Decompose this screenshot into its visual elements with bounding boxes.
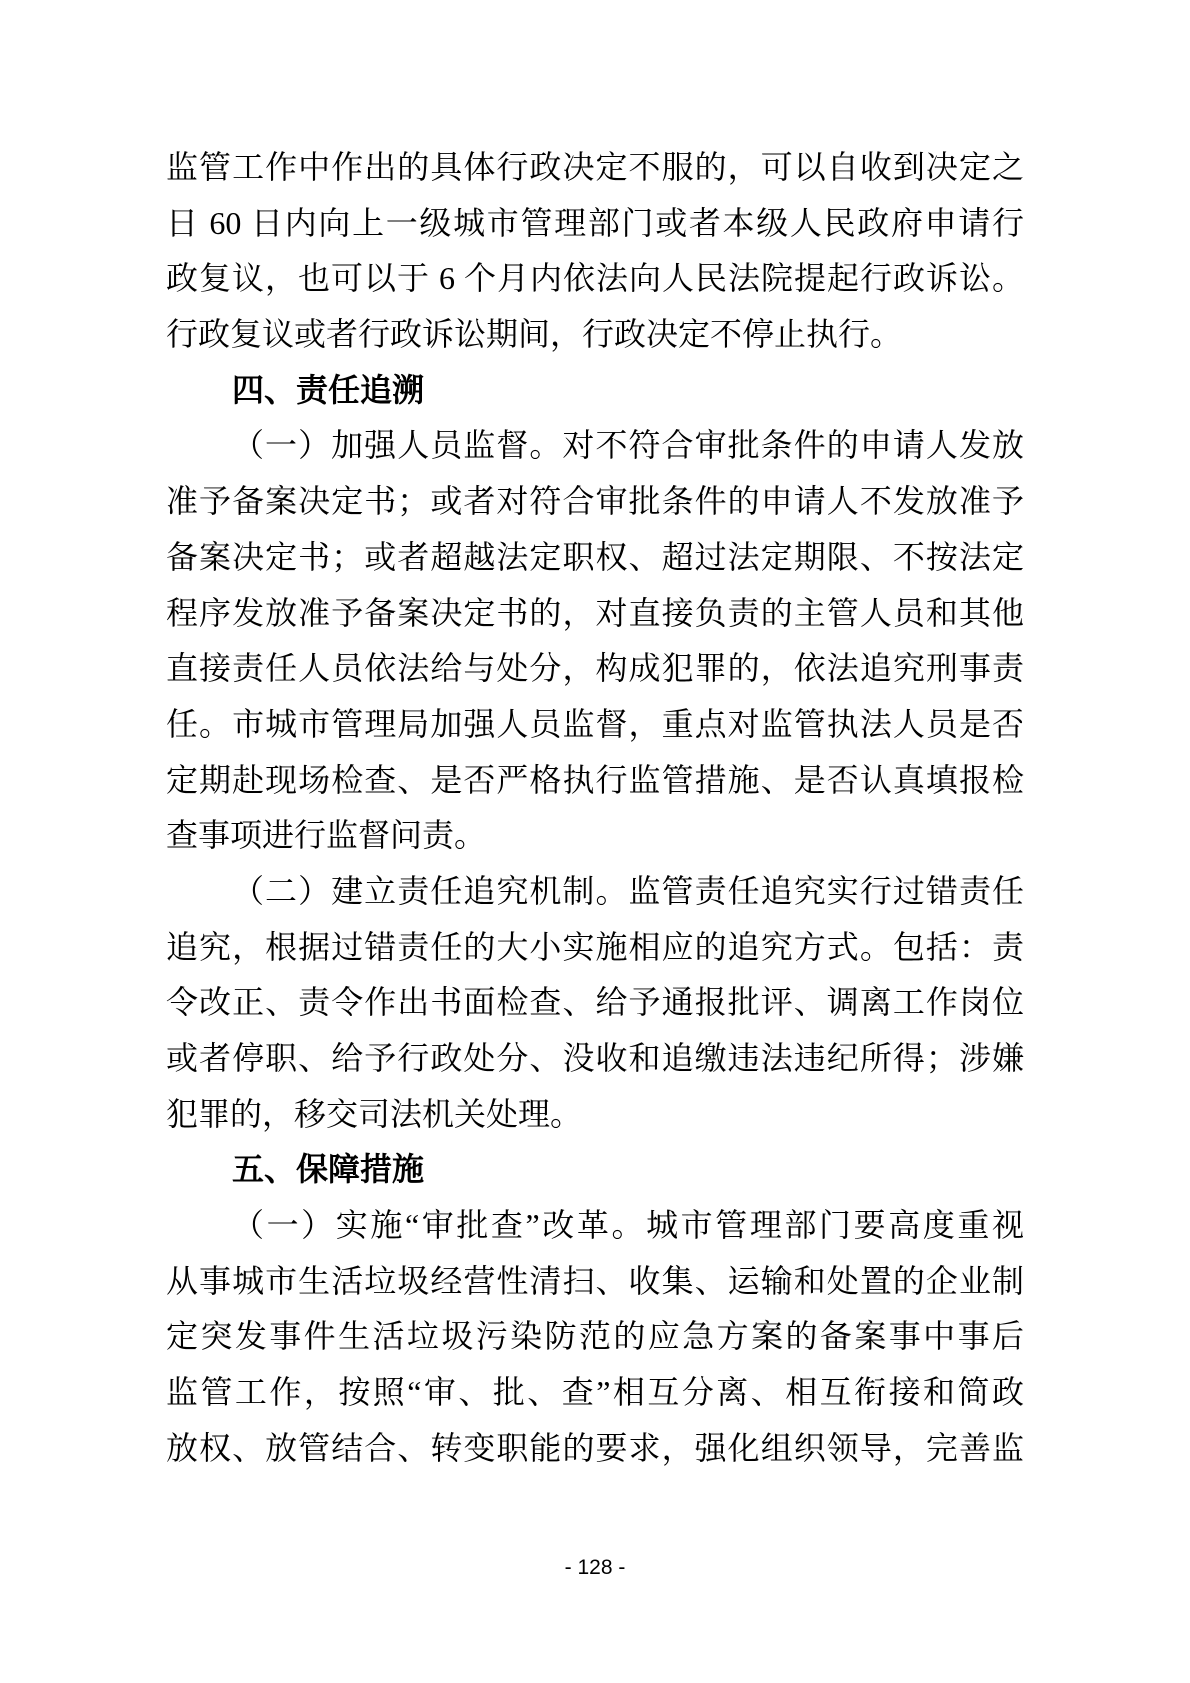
text-line: 放权、放管结合、转变职能的要求，强化组织领导，完善监	[166, 1421, 1024, 1477]
page-number: - 128 -	[0, 1556, 1190, 1580]
text-line: 日 60 日内向上一级城市管理部门或者本级人民政府申请行	[166, 196, 1024, 252]
text-line: 直接责任人员依法给与处分，构成犯罪的，依法追究刑事责	[166, 641, 1024, 697]
text-line: 监管工作中作出的具体行政决定不服的，可以自收到决定之	[166, 140, 1024, 196]
text-line: 或者停职、给予行政处分、没收和追缴违法违纪所得；涉嫌	[166, 1031, 1024, 1087]
text-line: 监管工作，按照“审、批、查”相互分离、相互衔接和简政	[166, 1365, 1024, 1421]
text-line: 行政复议或者行政诉讼期间，行政决定不停止执行。	[166, 307, 1024, 363]
document-body: 监管工作中作出的具体行政决定不服的，可以自收到决定之日 60 日内向上一级城市管…	[166, 140, 1024, 1477]
text-line: 令改正、责令作出书面检查、给予通报批评、调离工作岗位	[166, 975, 1024, 1031]
text-line: 查事项进行监督问责。	[166, 808, 1024, 864]
text-line: 任。市城市管理局加强人员监督，重点对监管执法人员是否	[166, 697, 1024, 753]
text-line: 定突发事件生活垃圾污染防范的应急方案的备案事中事后	[166, 1309, 1024, 1365]
document-page: 监管工作中作出的具体行政决定不服的，可以自收到决定之日 60 日内向上一级城市管…	[0, 0, 1190, 1683]
text-line: 从事城市生活垃圾经营性清扫、收集、运输和处置的企业制	[166, 1254, 1024, 1310]
section-heading: 四、责任追溯	[166, 363, 1024, 419]
text-line: 追究，根据过错责任的大小实施相应的追究方式。包括：责	[166, 920, 1024, 976]
text-line: （一）加强人员监督。对不符合审批条件的申请人发放	[166, 418, 1024, 474]
text-line: 准予备案决定书；或者对符合审批条件的申请人不发放准予	[166, 474, 1024, 530]
text-line: 备案决定书；或者超越法定职权、超过法定期限、不按法定	[166, 530, 1024, 586]
text-line: （二）建立责任追究机制。监管责任追究实行过错责任	[166, 864, 1024, 920]
section-heading: 五、保障措施	[166, 1142, 1024, 1198]
text-line: 犯罪的，移交司法机关处理。	[166, 1087, 1024, 1143]
text-line: （一）实施“审批查”改革。城市管理部门要高度重视	[166, 1198, 1024, 1254]
text-line: 政复议，也可以于 6 个月内依法向人民法院提起行政诉讼。	[166, 251, 1024, 307]
text-line: 程序发放准予备案决定书的，对直接负责的主管人员和其他	[166, 586, 1024, 642]
text-line: 定期赴现场检查、是否严格执行监管措施、是否认真填报检	[166, 753, 1024, 809]
